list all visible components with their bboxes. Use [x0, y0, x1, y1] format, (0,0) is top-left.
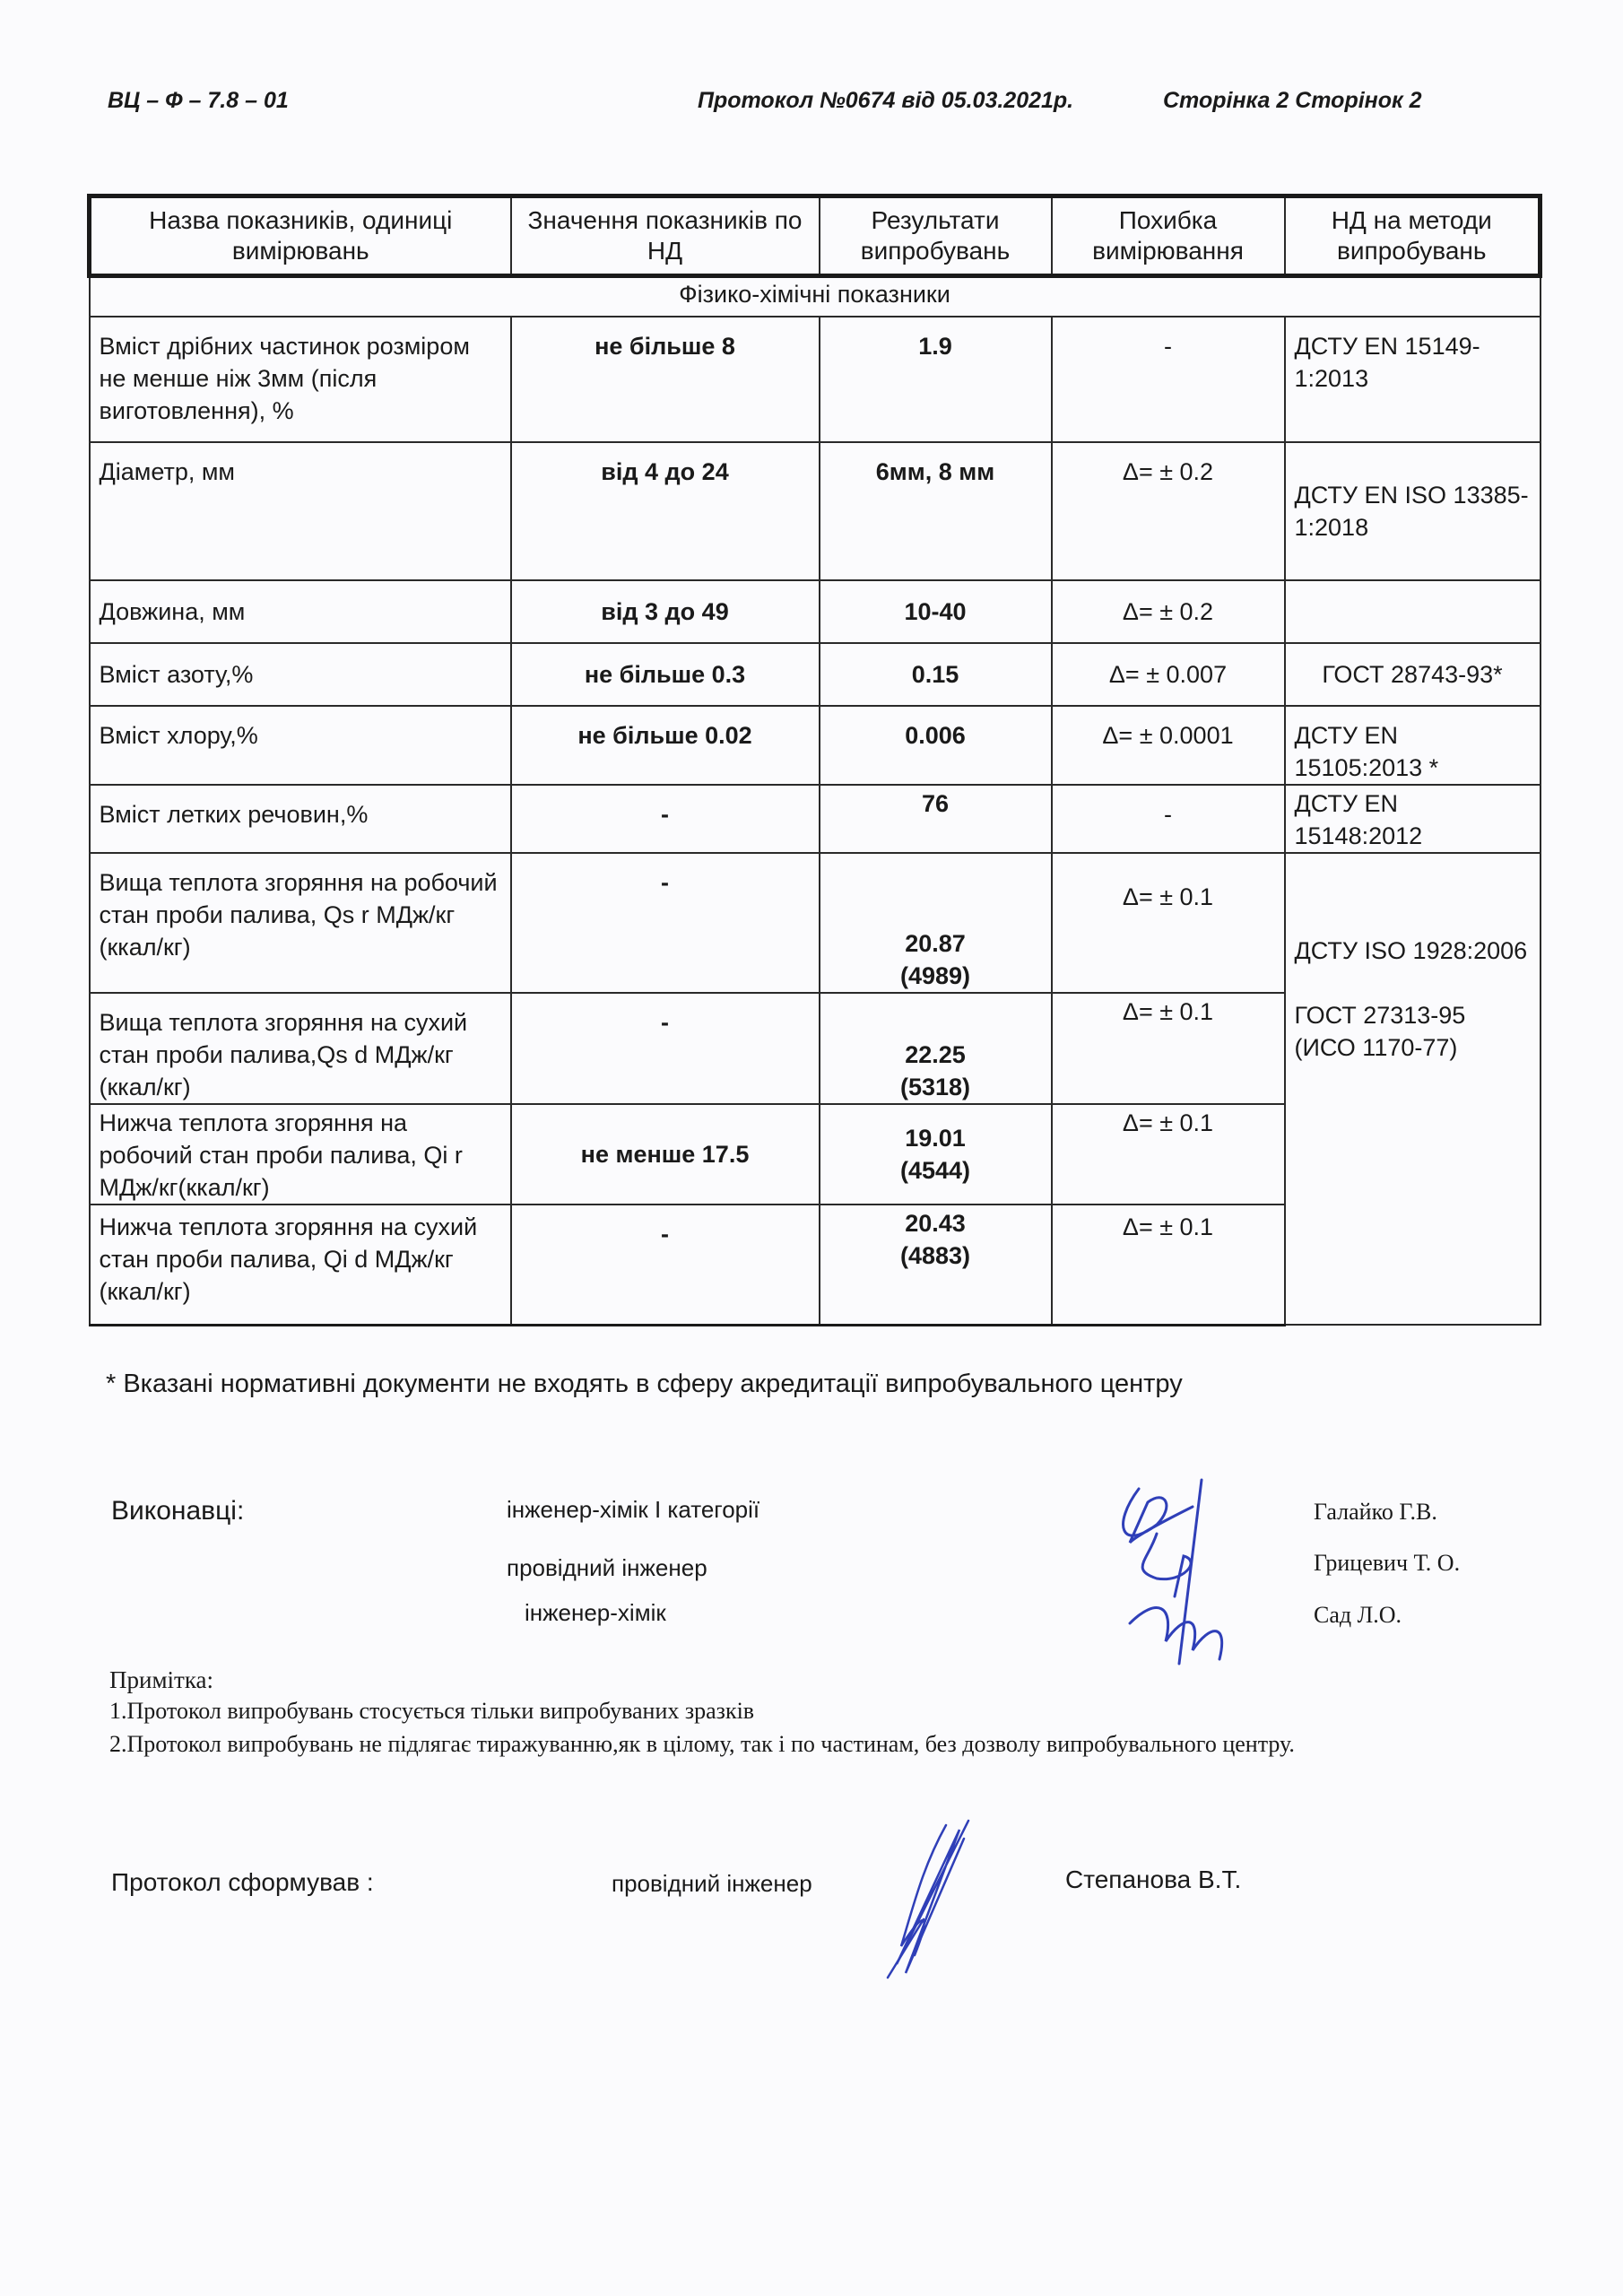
result-kcal: (5318): [829, 1071, 1042, 1103]
results-table: Назва показників, одиниці вимірювань Зна…: [87, 194, 1542, 1326]
row-norm: не менше 17.5: [511, 1104, 820, 1205]
row-error: -: [1052, 785, 1285, 853]
row-name: Діаметр, мм: [90, 442, 511, 580]
row-error: Δ= ± 0.1: [1052, 853, 1285, 993]
page-number: Сторінка 2 Сторінок 2: [1163, 88, 1422, 114]
table-row: Довжина, мм від 3 до 49 10-40 Δ= ± 0.2: [90, 580, 1541, 643]
row-name: Вміст азоту,%: [90, 643, 511, 706]
table-row: Діаметр, мм від 4 до 24 6мм, 8 мм Δ= ± 0…: [90, 442, 1541, 580]
row-error: Δ= ± 0.1: [1052, 1104, 1285, 1205]
col-header-result: Результати випробувань: [820, 196, 1052, 276]
result-kcal: (4544): [829, 1154, 1042, 1187]
table-row: Вміст хлору,% не більше 0.02 0.006 Δ= ± …: [90, 706, 1541, 785]
row-result: 20.43 (4883): [820, 1205, 1052, 1325]
performers-label: Виконавці:: [111, 1496, 244, 1526]
col-header-error: Похибка вимірювання: [1052, 196, 1285, 276]
table-row: Вміст дрібних частинок розміром не менше…: [90, 317, 1541, 442]
row-result: 22.25 (5318): [820, 993, 1052, 1104]
row-error: Δ= ± 0.2: [1052, 442, 1285, 580]
table-row: Вміст летких речовин,% - 76 - ДСТУ EN 15…: [90, 785, 1541, 853]
row-norm: -: [511, 785, 820, 853]
row-method: ДСТУ EN 15148:2012: [1285, 785, 1541, 853]
row-method: ДСТУ EN 15105:2013 *: [1285, 706, 1541, 785]
col-header-method: НД на методи випробувань: [1285, 196, 1541, 276]
accreditation-footnote: * Вказані нормативні документи не входят…: [106, 1370, 1183, 1399]
method-gost: ГОСТ 27313-95 (ИСО 1170-77): [1295, 999, 1531, 1064]
section-title: Фізико-хімічні показники: [90, 276, 1541, 317]
row-result: 6мм, 8 мм: [820, 442, 1052, 580]
result-kcal: (4989): [829, 960, 1042, 992]
row-name: Вміст хлору,%: [90, 706, 511, 785]
performer-name: Грицевич Т. О.: [1314, 1547, 1460, 1579]
row-result: 0.15: [820, 643, 1052, 706]
note-item: 1.Протокол випробувань стосується тільки…: [109, 1695, 754, 1727]
row-method: [1285, 580, 1541, 643]
result-kcal: (4883): [829, 1239, 1042, 1272]
row-error: Δ= ± 0.0001: [1052, 706, 1285, 785]
performer-position: інженер-хімік І категорії: [507, 1496, 759, 1524]
row-result: 20.87 (4989): [820, 853, 1052, 993]
row-method-heat: ДСТУ ISO 1928:2006 ГОСТ 27313-95 (ИСО 11…: [1285, 853, 1541, 1325]
result-mj: 22.25: [829, 1039, 1042, 1071]
row-norm: -: [511, 853, 820, 993]
notes-title: Примітка:: [109, 1664, 213, 1696]
row-name: Нижча теплота згоряння на сухий стан про…: [90, 1205, 511, 1325]
table-row: Вміст азоту,% не більше 0.3 0.15 Δ= ± 0.…: [90, 643, 1541, 706]
row-method: ДСТУ EN 15149-1:2013: [1285, 317, 1541, 442]
row-result: 76: [820, 785, 1052, 853]
row-method: ГОСТ 28743-93*: [1285, 643, 1541, 706]
row-name: Вища теплота згоряння на робочий стан пр…: [90, 853, 511, 993]
row-result: 10-40: [820, 580, 1052, 643]
row-error: Δ= ± 0.1: [1052, 993, 1285, 1104]
row-norm: від 3 до 49: [511, 580, 820, 643]
compiled-by-name: Степанова В.Т.: [1065, 1865, 1241, 1894]
note-item: 2.Протокол випробувань не підлягає тираж…: [109, 1728, 1295, 1761]
row-result: 19.01 (4544): [820, 1104, 1052, 1205]
table-header-row: Назва показників, одиниці вимірювань Зна…: [90, 196, 1541, 276]
performer-name: Галайко Г.В.: [1314, 1496, 1437, 1528]
signature-icon: [1076, 1471, 1309, 1677]
col-header-norm: Значення показників по НД: [511, 196, 820, 276]
result-mj: 20.87: [829, 927, 1042, 960]
result-mj: 20.43: [829, 1207, 1042, 1239]
signature-icon: [861, 1812, 1004, 1982]
row-result: 1.9: [820, 317, 1052, 442]
row-error: -: [1052, 317, 1285, 442]
method-iso: ДСТУ ISO 1928:2006: [1295, 935, 1531, 967]
row-error: Δ= ± 0.007: [1052, 643, 1285, 706]
row-norm: -: [511, 1205, 820, 1325]
row-error: Δ= ± 0.1: [1052, 1205, 1285, 1325]
row-norm: -: [511, 993, 820, 1104]
row-norm: не більше 0.02: [511, 706, 820, 785]
row-name: Довжина, мм: [90, 580, 511, 643]
row-name: Вміст дрібних частинок розміром не менше…: [90, 317, 511, 442]
row-norm: від 4 до 24: [511, 442, 820, 580]
row-result: 0.006: [820, 706, 1052, 785]
col-header-name: Назва показників, одиниці вимірювань: [90, 196, 511, 276]
performer-position: інженер-хімік: [525, 1599, 666, 1627]
form-code: ВЦ – Ф – 7.8 – 01: [108, 88, 289, 114]
section-row: Фізико-хімічні показники: [90, 276, 1541, 317]
compiled-by-position: провідний інженер: [612, 1870, 812, 1898]
result-mj: 19.01: [829, 1122, 1042, 1154]
row-method: ДСТУ EN ISO 13385-1:2018: [1285, 442, 1541, 580]
performer-position: провідний інженер: [507, 1554, 707, 1582]
row-name: Нижча теплота згоряння на робочий стан п…: [90, 1104, 511, 1205]
performer-name: Сад Л.О.: [1314, 1599, 1402, 1631]
row-norm: не більше 8: [511, 317, 820, 442]
protocol-number: Протокол №0674 від 05.03.2021р.: [698, 88, 1073, 114]
row-name: Вміст летких речовин,%: [90, 785, 511, 853]
table-row: Вища теплота згоряння на робочий стан пр…: [90, 853, 1541, 993]
compiled-by-label: Протокол сформував :: [111, 1868, 374, 1897]
row-norm: не більше 0.3: [511, 643, 820, 706]
row-error: Δ= ± 0.2: [1052, 580, 1285, 643]
row-name: Вища теплота згоряння на сухий стан проб…: [90, 993, 511, 1104]
